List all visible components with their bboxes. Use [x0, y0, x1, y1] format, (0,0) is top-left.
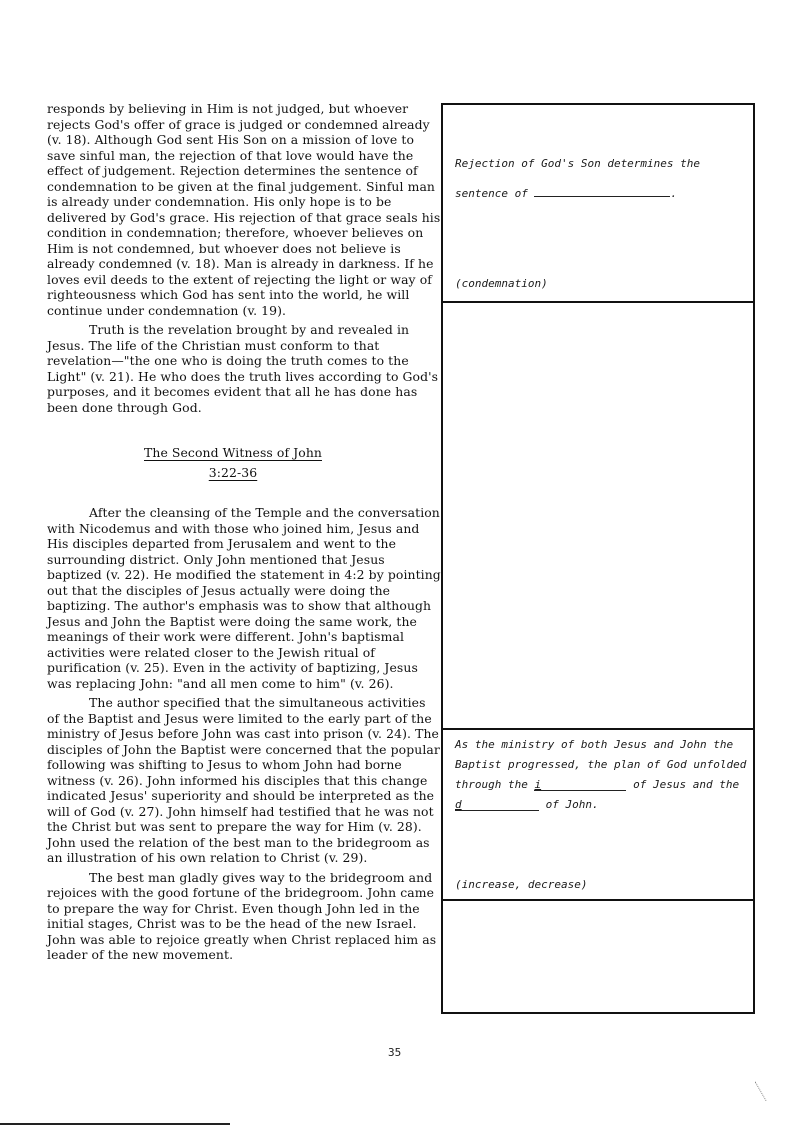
frame-1-prompt-line-2: sentence of . [455, 184, 745, 200]
page-number: 35 [388, 1046, 401, 1059]
frame-1-answer: (condemnation) [455, 277, 548, 290]
fill-in-blank[interactable] [534, 184, 670, 197]
fill-in-blank-increase[interactable]: i [534, 778, 626, 791]
frame-1-prompt-end: . [670, 187, 677, 200]
frame-3: As the ministry of both Jesus and John t… [443, 728, 753, 899]
frame-3-prompt-line-1: As the ministry of both Jesus and John t… [455, 738, 745, 751]
body-paragraph: The author specified that the simultaneo… [47, 695, 441, 866]
frame-3-prompt-text: through the [455, 778, 528, 791]
frame-1-prompt-text: sentence of [455, 187, 528, 200]
section-heading-reference: 3:22-36 [209, 465, 257, 481]
body-paragraph: Truth is the revelation brought by and r… [47, 322, 441, 415]
frame-2 [443, 301, 753, 728]
frame-3-prompt-text: of John. [546, 798, 599, 811]
frame-4 [443, 899, 753, 1012]
frame-3-prompt-line-2: Baptist progressed, the plan of God unfo… [455, 758, 745, 771]
frame-3-answer: (increase, decrease) [455, 878, 587, 891]
blank-hint-letter: d [455, 798, 462, 811]
main-text-column: responds by believing in Him is not judg… [47, 101, 441, 967]
frame-1-prompt-line-1: Rejection of God's Son determines the [455, 157, 745, 170]
frame-3-prompt-line-3: through the i of Jesus and the [455, 778, 745, 791]
programmed-frames-box: Rejection of God's Son determines the se… [441, 103, 755, 1014]
scan-speck [755, 1081, 768, 1101]
section-heading: The Second Witness of John 3:22-36 [47, 445, 419, 480]
frame-3-prompt-line-4: d of John. [455, 798, 745, 811]
scan-edge-mark [0, 1123, 230, 1125]
body-paragraph: The best man gladly gives way to the bri… [47, 870, 441, 963]
fill-in-blank-decrease[interactable]: d [455, 798, 539, 811]
frame-1: Rejection of God's Son determines the se… [443, 105, 753, 301]
body-paragraph: After the cleansing of the Temple and th… [47, 505, 441, 691]
body-paragraph: responds by believing in Him is not judg… [47, 101, 441, 318]
frame-3-prompt-text: of Jesus and the [633, 778, 739, 791]
blank-hint-letter: i [534, 778, 541, 791]
section-heading-title: The Second Witness of John [144, 445, 322, 461]
